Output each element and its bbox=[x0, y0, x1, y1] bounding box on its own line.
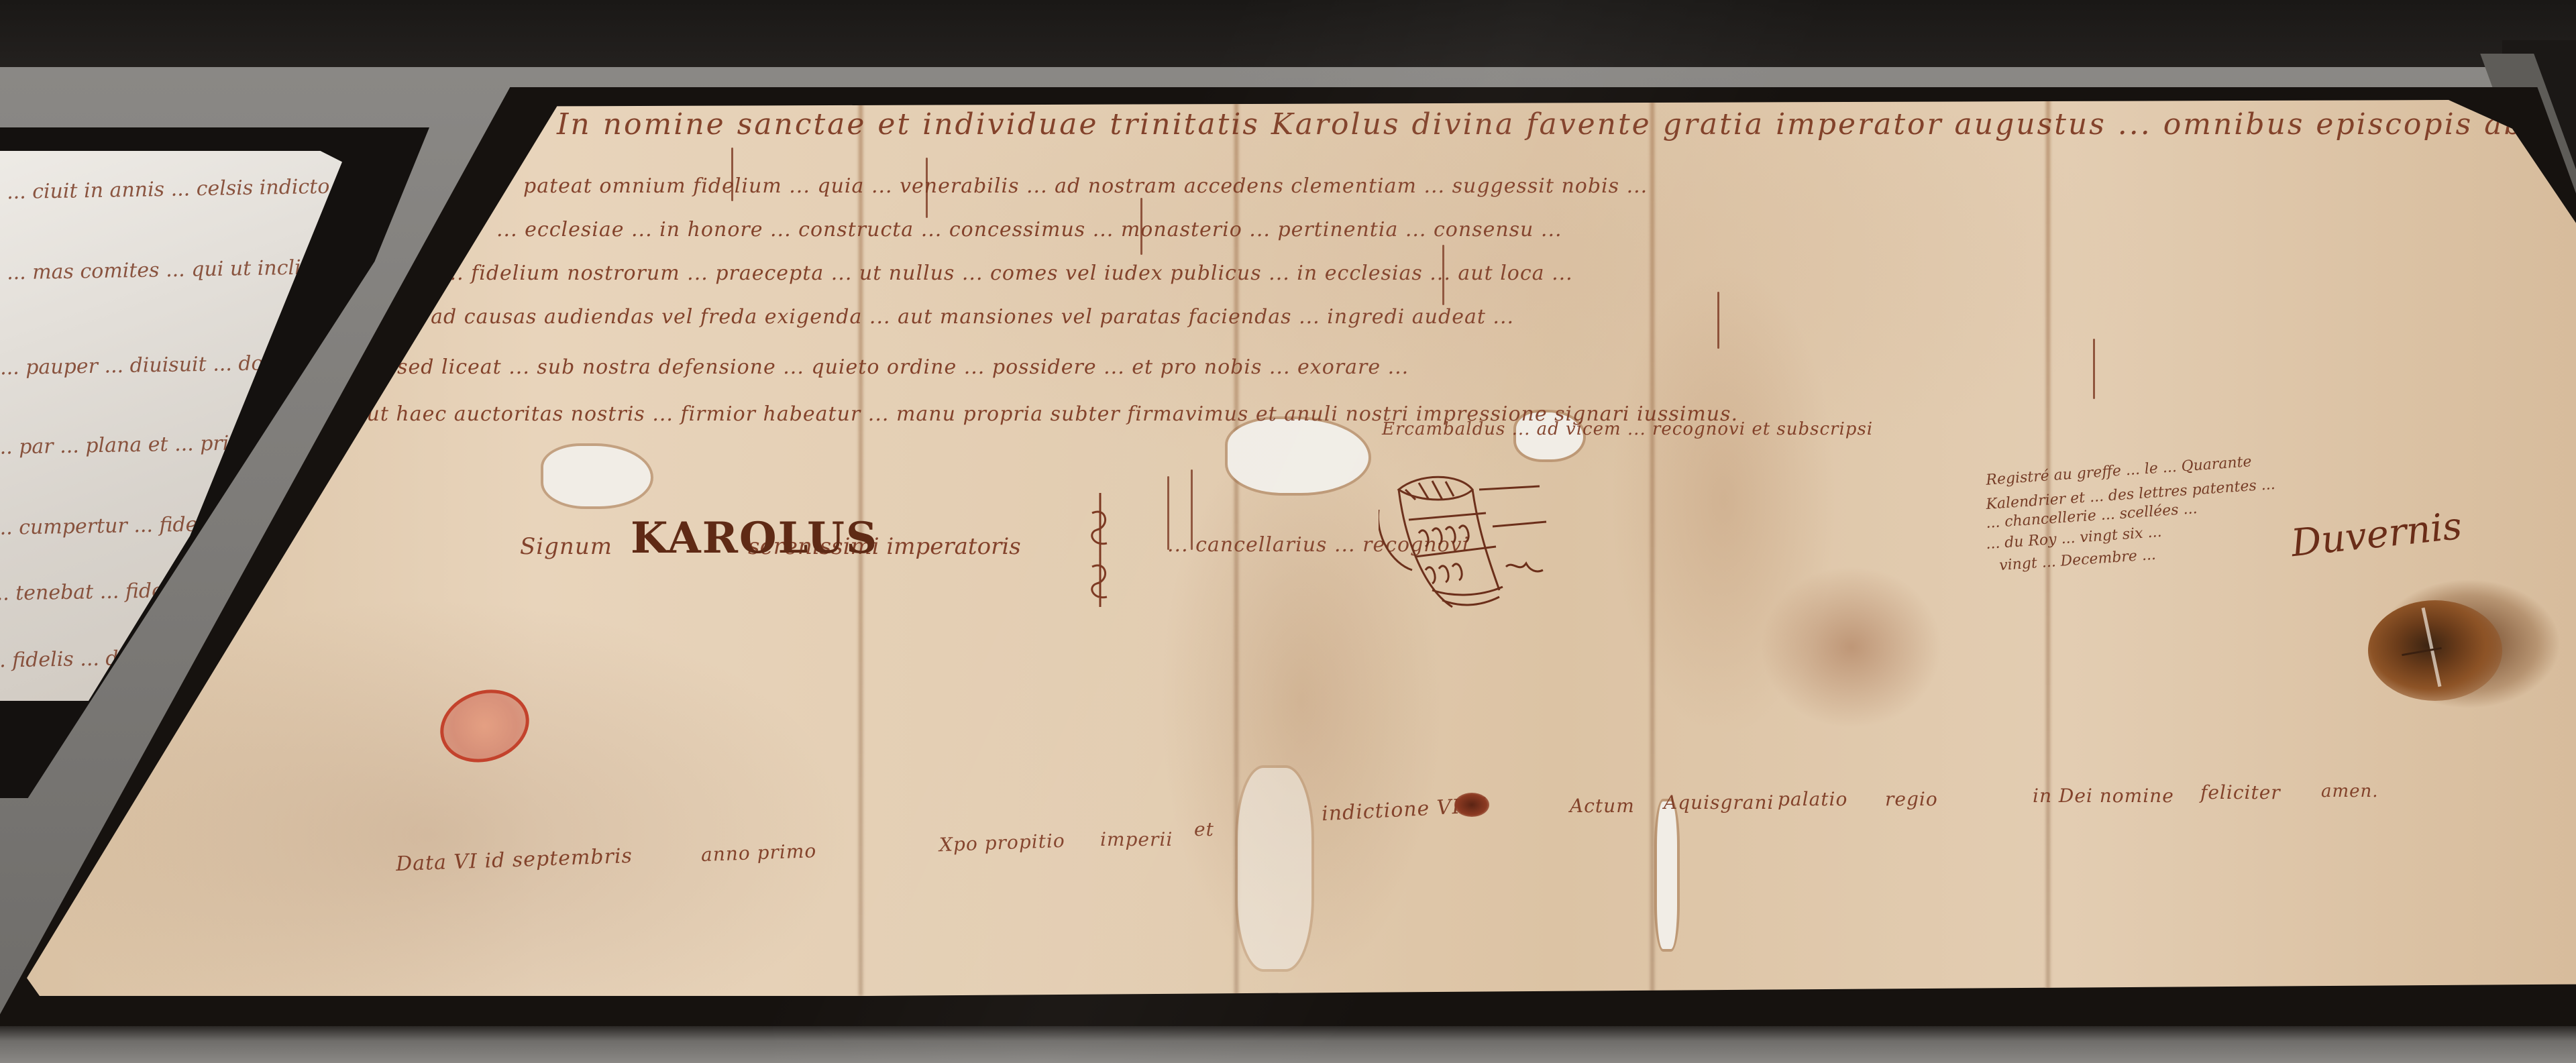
script-ascender bbox=[731, 148, 733, 201]
script-ascender bbox=[1442, 245, 1444, 305]
dating-clause-word: palatio bbox=[1778, 788, 1847, 810]
imperial-monogram: KAROLUS bbox=[631, 513, 878, 563]
charter-body-line: ... ecclesiae ... in honore ... construc… bbox=[496, 218, 1562, 241]
recognition-notes: Ercambaldus ... ad vicem ... recognovi e… bbox=[1382, 419, 1873, 439]
script-ascender bbox=[2093, 339, 2095, 399]
small-wax-seal bbox=[1454, 793, 1489, 817]
signum-label: Signum bbox=[520, 533, 612, 560]
dating-clause-word: Xpo propitio bbox=[938, 830, 1065, 856]
charter-body-line: ... fidelium nostrorum ... praecepta ...… bbox=[443, 262, 1573, 285]
dating-clause-word: in Dei nomine bbox=[2033, 785, 2174, 807]
left-doc-line: ... ciuit in annis ... celsis indicto bbox=[7, 175, 330, 204]
later-annotation-line: vingt ... Decembre ... bbox=[1998, 547, 2156, 574]
parchment-tear bbox=[1657, 801, 1677, 949]
vertical-fold-crease bbox=[1650, 97, 1654, 996]
case-bottom-ledge bbox=[0, 1026, 2576, 1063]
recognition-sign-icon bbox=[1379, 463, 1553, 617]
script-ascender bbox=[1140, 198, 1142, 255]
wax-seal-remnant bbox=[2368, 600, 2502, 701]
dating-clause-word: imperii bbox=[1100, 828, 1173, 850]
dating-clause-word: Data VI id septembris bbox=[395, 844, 633, 876]
script-ascender bbox=[1717, 292, 1719, 349]
dating-clause-word: anno primo bbox=[700, 840, 816, 866]
dark-wall-top bbox=[0, 0, 2576, 70]
charter-body-line: pateat omnium fidelium ... quia ... vene… bbox=[523, 174, 1648, 198]
chrismon-flourish-icon bbox=[1087, 493, 1114, 607]
charter-body-line: ... sed liceat ... sub nostra defensione… bbox=[369, 355, 1409, 379]
dating-clause-word: feliciter bbox=[2200, 781, 2281, 803]
dating-clause-word: amen. bbox=[2321, 781, 2379, 801]
dating-clause-word: et bbox=[1194, 818, 1214, 840]
dating-clause-word: regio bbox=[1885, 788, 1938, 810]
parchment-loss bbox=[1228, 419, 1368, 493]
charter-invocation-line: In nomine sanctae et individuae trinitat… bbox=[557, 107, 2576, 142]
parchment-tear bbox=[1238, 768, 1311, 969]
dating-clause-word: Aquisgrani bbox=[1664, 791, 1774, 814]
parchment-loss bbox=[543, 446, 651, 506]
script-ascender bbox=[926, 158, 928, 218]
dating-clause-word: Actum bbox=[1570, 795, 1635, 817]
charter-body-line: ... ad causas audiendas vel freda exigen… bbox=[402, 305, 1514, 329]
